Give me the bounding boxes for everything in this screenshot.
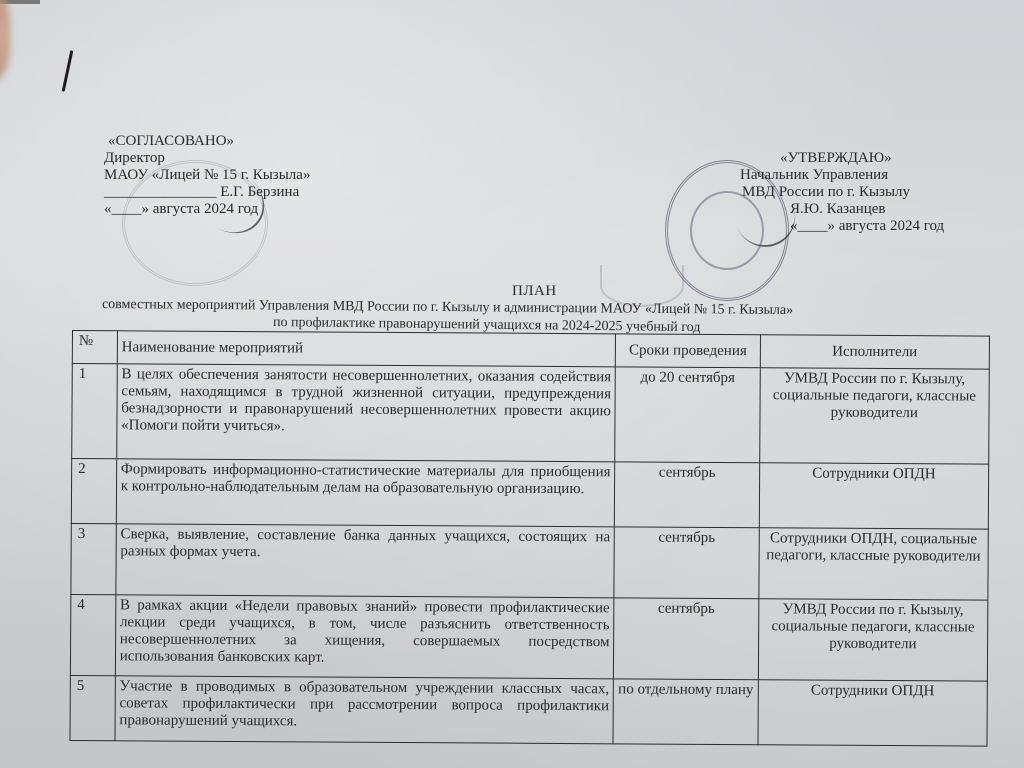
- row-who: Сотрудники ОПДН: [758, 680, 988, 746]
- header-who: Исполнители: [760, 335, 990, 369]
- row-num: 1: [72, 364, 117, 459]
- approval-block-agreed: «СОГЛАСОВАНО» Директор МАОУ «Лицей № 15 …: [104, 133, 310, 218]
- approval-signature-line: _______________ Е.Г. Берзина: [104, 184, 310, 201]
- pen-mark: [62, 50, 74, 92]
- row-name: В рамках акции «Недели правовых знаний» …: [115, 595, 614, 679]
- row-num: 5: [70, 675, 115, 740]
- table-row: 5 Участие в проводимых в образовательном…: [70, 675, 987, 746]
- header-when: Сроки проведения: [616, 334, 760, 368]
- table-row: 2 Формировать информационно-статистическ…: [71, 459, 988, 530]
- approval-date: «____» августа 2024 год: [730, 218, 944, 235]
- row-when: сентябрь: [615, 462, 760, 528]
- row-name: Сверка, выявление, составление банка дан…: [116, 524, 615, 598]
- row-who: УМВД России по г. Кызылу, социальные пед…: [759, 368, 989, 464]
- approval-title: «УТВЕРЖДАЮ»: [730, 150, 944, 167]
- row-num: 2: [71, 459, 116, 524]
- plan-title: ПЛАН: [512, 283, 557, 300]
- row-num: 4: [70, 594, 115, 675]
- signature-blank: _______________: [104, 184, 217, 200]
- row-when: до 20 сентября: [615, 367, 760, 463]
- row-who: УМВД России по г. Кызылу, социальные пед…: [758, 599, 988, 681]
- approval-block-approved: «УТВЕРЖДАЮ» Начальник Управления МВД Рос…: [730, 150, 944, 235]
- plan-table: № Наименование мероприятий Сроки проведе…: [69, 330, 989, 747]
- row-who: Сотрудники ОПДН, социальные педагоги, кл…: [758, 528, 988, 600]
- row-name: Участие в проводимых в образовательном у…: [115, 676, 614, 744]
- finger-edge: [0, 0, 10, 80]
- row-when: по отдельному плану: [613, 679, 758, 745]
- header-name: Наименование мероприятий: [117, 331, 616, 367]
- row-num: 3: [71, 523, 116, 594]
- table-header-row: № Наименование мероприятий Сроки проведе…: [72, 331, 989, 370]
- approval-position: Начальник Управления: [730, 167, 944, 184]
- document-photo: «СОГЛАСОВАНО» Директор МАОУ «Лицей № 15 …: [0, 0, 1024, 768]
- approval-title: «СОГЛАСОВАНО»: [104, 133, 310, 150]
- row-when: сентябрь: [614, 527, 759, 599]
- header-num: №: [72, 331, 117, 364]
- row-who: Сотрудники ОПДН: [759, 463, 989, 529]
- signatory-name: Е.Г. Берзина: [220, 184, 299, 200]
- plan-table-container: № Наименование мероприятий Сроки проведе…: [69, 330, 989, 747]
- approval-organization: МАОУ «Лицей № 15 г. Кызыла»: [104, 167, 310, 184]
- approval-signature-line: Я.Ю. Казанцев: [730, 201, 944, 218]
- table-row: 3 Сверка, выявление, составление банка д…: [71, 523, 988, 600]
- approval-position: Директор: [104, 150, 310, 167]
- table-row: 4 В рамках акции «Недели правовых знаний…: [70, 594, 987, 681]
- signatory-name: Я.Ю. Казанцев: [790, 201, 886, 217]
- table-row: 1 В целях обеспечения занятости несоверш…: [72, 364, 990, 465]
- plan-subtitle-line1: совместных мероприятий Управления МВД Ро…: [102, 297, 793, 319]
- row-when: сентябрь: [614, 598, 759, 680]
- approval-date: «____» августа 2024 год: [104, 201, 310, 218]
- approval-organization: МВД России по г. Кызылу: [730, 184, 944, 201]
- row-name: Формировать информационно-статистические…: [116, 459, 615, 527]
- row-name: В целях обеспечения занятости несовершен…: [116, 364, 615, 462]
